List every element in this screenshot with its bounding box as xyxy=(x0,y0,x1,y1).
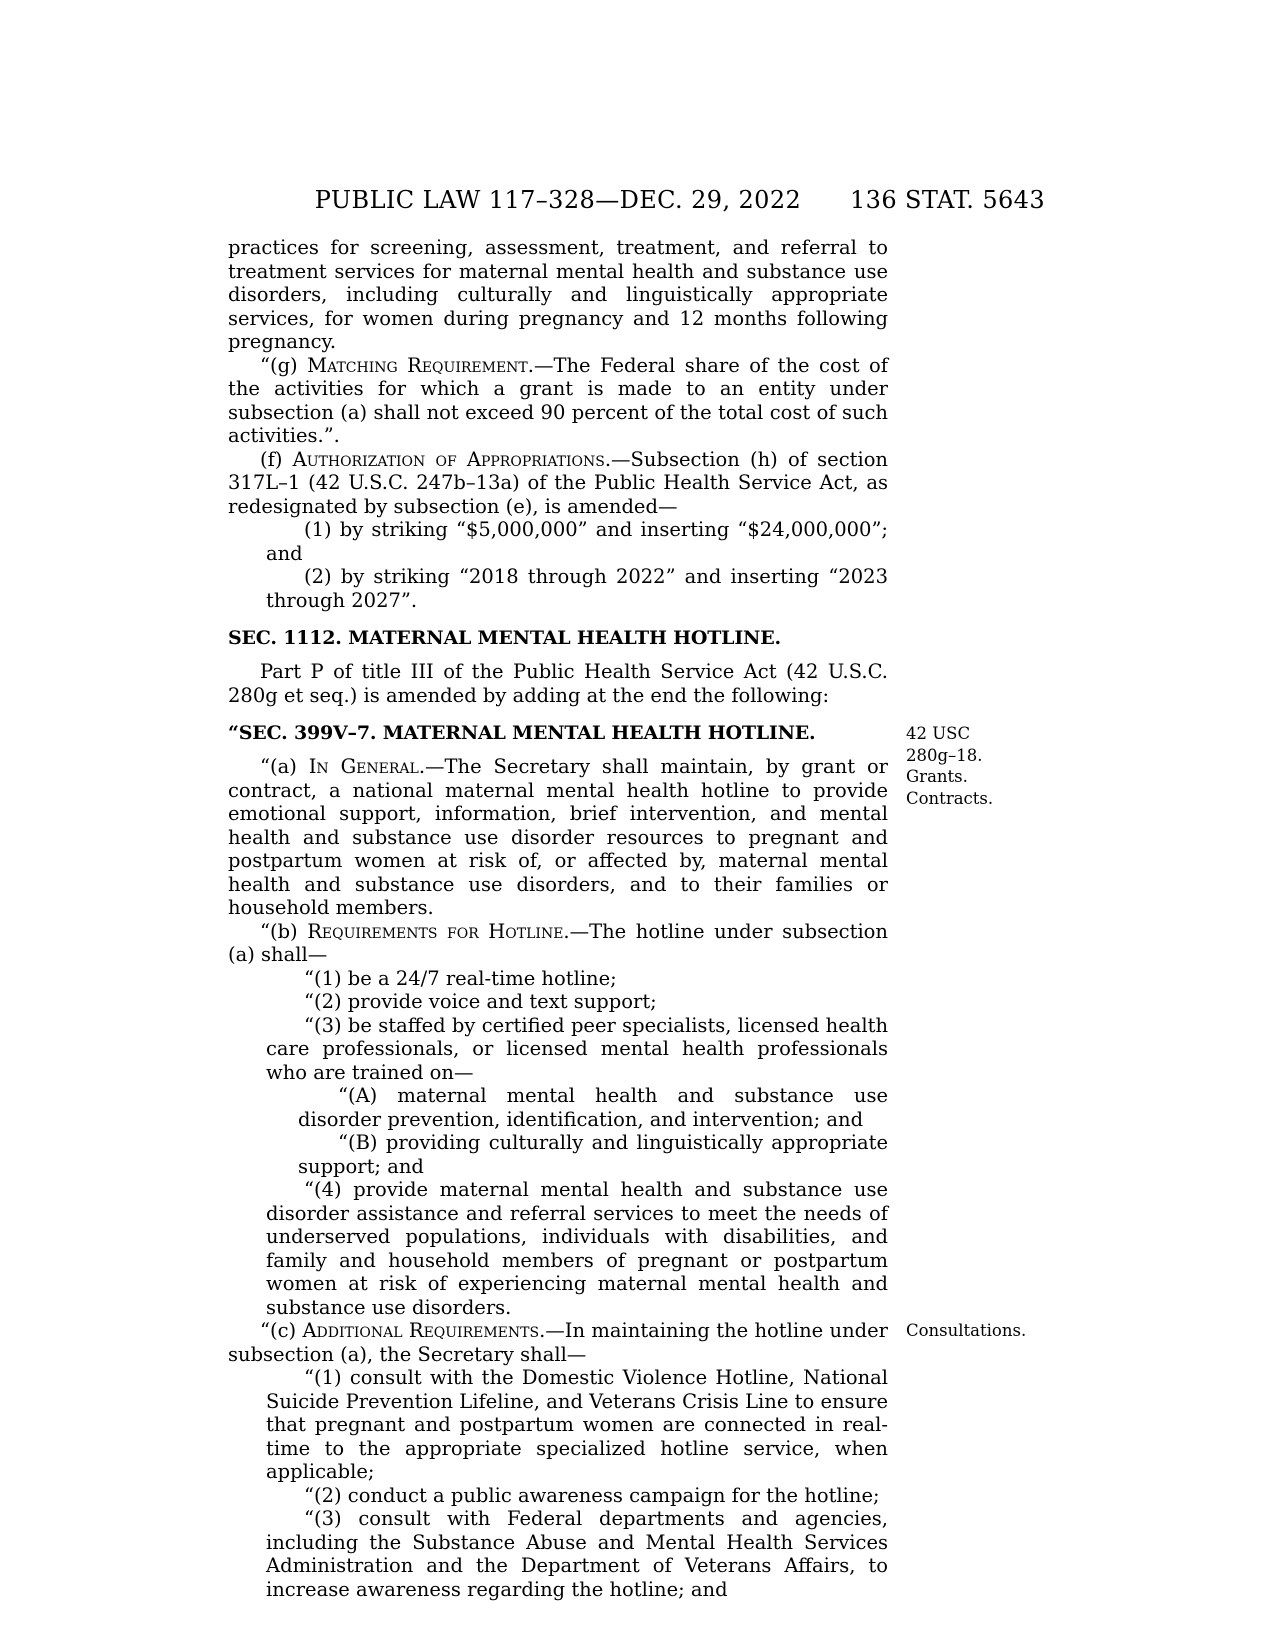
text-run: (f) xyxy=(260,448,293,471)
running-header-title: PUBLIC LAW 117–328—DEC. 29, 2022 xyxy=(228,186,888,214)
document-body: practices for screening, assessment, tre… xyxy=(228,236,888,1601)
text-run: “(c) xyxy=(260,1319,302,1342)
statute-page: PUBLIC LAW 117–328—DEC. 29, 2022 136 STA… xyxy=(0,0,1275,1650)
paragraph: “(g) Matching Requirement.—The Federal s… xyxy=(228,354,888,448)
text-run: “(A) maternal mental health and substanc… xyxy=(298,1084,888,1131)
text-run: “(b) xyxy=(260,920,307,943)
text-run: “(3) be staffed by certified peer specia… xyxy=(266,1014,888,1084)
paragraph: (2) by striking “2018 through 2022” and … xyxy=(266,565,888,612)
text-run: “(4) provide maternal mental health and … xyxy=(266,1178,888,1319)
small-caps-run: In General xyxy=(309,755,419,778)
paragraph: “(B) providing culturally and linguistic… xyxy=(298,1131,888,1178)
text-run: “(2) conduct a public awareness campaign… xyxy=(304,1484,880,1507)
section-heading: “SEC. 399V–7. MATERNAL MENTAL HEALTH HOT… xyxy=(228,722,888,745)
paragraph: “(c) Additional Requirements.—In maintai… xyxy=(228,1319,888,1366)
paragraph: (1) by striking “$5,000,000” and inserti… xyxy=(266,518,888,565)
paragraph: “(3) be staffed by certified peer specia… xyxy=(266,1014,888,1085)
margin-note-line: 280g–18. xyxy=(906,745,1056,767)
small-caps-run: Matching Requirement xyxy=(307,354,528,377)
small-caps-run: Requirements for Hotline xyxy=(307,920,563,943)
text-run: (2) by striking “2018 through 2022” and … xyxy=(266,565,888,612)
paragraph: “(1) be a 24/7 real-time hotline; xyxy=(266,967,888,991)
text-run: (1) by striking “$5,000,000” and inserti… xyxy=(266,518,888,565)
text-run: “(B) providing culturally and linguistic… xyxy=(298,1131,888,1178)
small-caps-run: Authorization of Appropriations xyxy=(293,448,605,471)
paragraph: “(b) Requirements for Hotline.—The hotli… xyxy=(228,920,888,967)
paragraph: “(2) conduct a public awareness campaign… xyxy=(266,1484,888,1508)
paragraph: “(2) provide voice and text support; xyxy=(266,990,888,1014)
paragraph: practices for screening, assessment, tre… xyxy=(228,236,888,354)
text-run: “(g) xyxy=(260,354,307,377)
text-run: SEC. 1112. MATERNAL MENTAL HEALTH HOTLIN… xyxy=(228,627,781,649)
paragraph: (f) Authorization of Appropriations.—Sub… xyxy=(228,448,888,519)
margin-note-line: Contracts. xyxy=(906,788,1056,810)
section-heading: SEC. 1112. MATERNAL MENTAL HEALTH HOTLIN… xyxy=(228,627,888,650)
paragraph: “(a) In General.—The Secretary shall mai… xyxy=(228,755,888,920)
margin-note-line: Grants. xyxy=(906,766,1056,788)
paragraph: “(A) maternal mental health and substanc… xyxy=(298,1084,888,1131)
paragraph: “(4) provide maternal mental health and … xyxy=(266,1178,888,1319)
text-run: Part P of title III of the Public Health… xyxy=(228,660,888,707)
paragraph: Part P of title III of the Public Health… xyxy=(228,660,888,707)
text-run: “SEC. 399V–7. MATERNAL MENTAL HEALTH HOT… xyxy=(228,722,815,744)
text-run: .—The Secretary shall maintain, by grant… xyxy=(228,755,888,919)
statute-page-number: 136 STAT. 5643 xyxy=(850,186,1045,214)
running-header: PUBLIC LAW 117–328—DEC. 29, 2022 136 STA… xyxy=(228,186,1045,218)
text-run: “(1) be a 24/7 real-time hotline; xyxy=(304,967,617,990)
margin-note: Consultations. xyxy=(906,1320,1056,1342)
paragraph: “(1) consult with the Domestic Violence … xyxy=(266,1366,888,1484)
margin-note-line: Consultations. xyxy=(906,1320,1056,1342)
paragraph: “(3) consult with Federal departments an… xyxy=(266,1507,888,1601)
text-run: “(a) xyxy=(260,755,309,778)
text-run: “(1) consult with the Domestic Violence … xyxy=(266,1366,888,1483)
text-run: “(2) provide voice and text support; xyxy=(304,990,657,1013)
margin-note: 42 USC280g–18.Grants.Contracts. xyxy=(906,723,1056,809)
text-run: practices for screening, assessment, tre… xyxy=(228,236,888,353)
margin-note-line: 42 USC xyxy=(906,723,1056,745)
text-run: “(3) consult with Federal departments an… xyxy=(266,1507,888,1601)
small-caps-run: Additional Requirements xyxy=(302,1319,539,1342)
